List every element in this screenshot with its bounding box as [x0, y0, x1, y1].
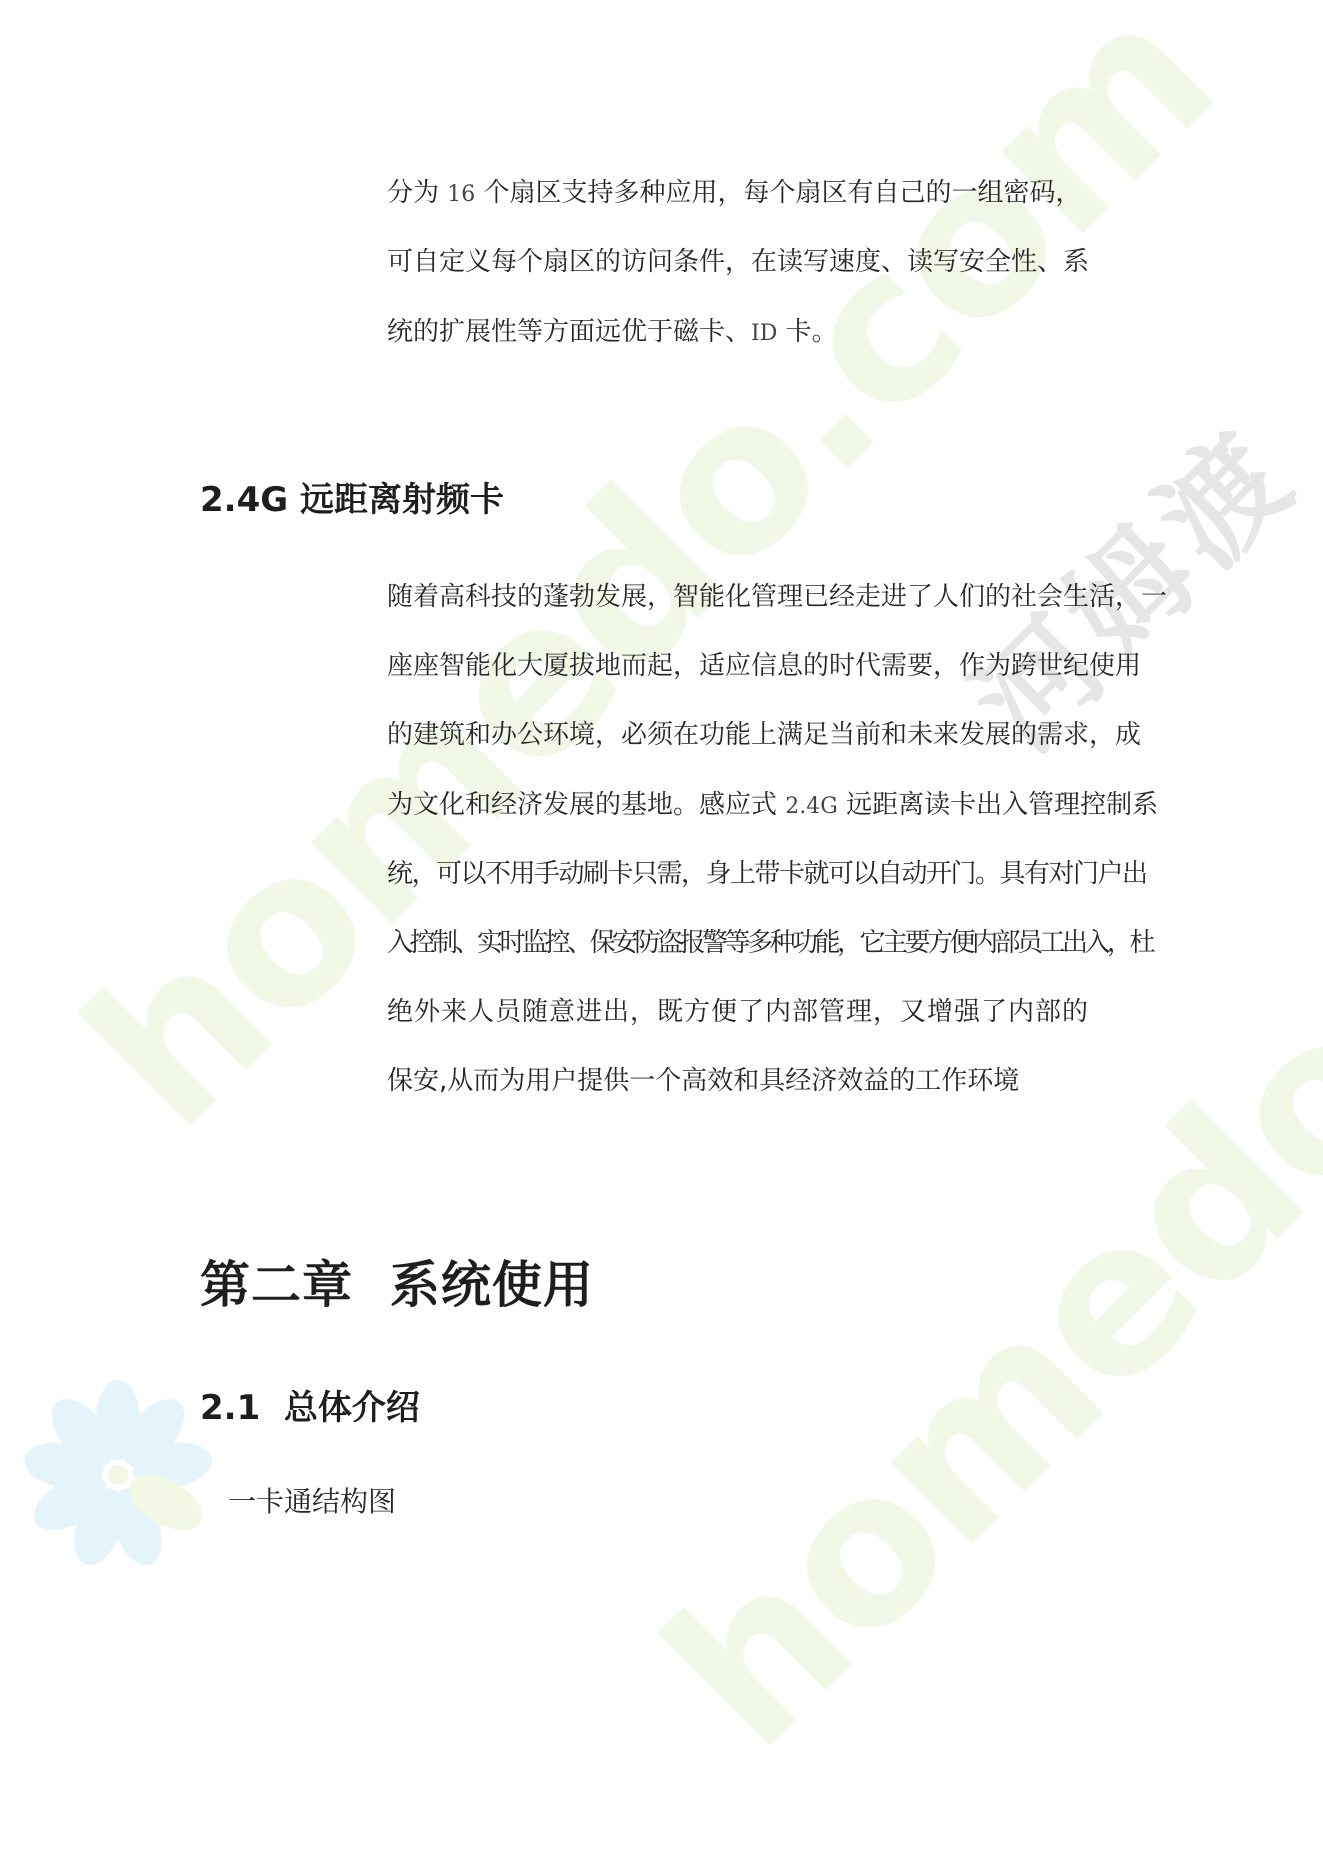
text-line: 随着高科技的蓬勃发展，智能化管理已经走进了人们的社会生活，一 — [387, 581, 1167, 613]
text: 随着高科技的蓬勃发展，智能化管理已经走进了人们的社会生活，一 — [387, 582, 1167, 612]
watermark-flower-icon — [18, 1375, 218, 1575]
text-line: 座座智能化大厦拔地而起，适应信息的时代需要，作为跨世纪使用 — [387, 650, 1141, 682]
number: ID — [751, 321, 777, 346]
text-line: 统的扩展性等方面远优于磁卡、ID 卡。 — [387, 316, 838, 350]
text-line: 分为 16 个扇区支持多种应用，每个扇区有自己的一组密码， — [387, 177, 1082, 211]
text-line: 统，可以不用手动刷卡只需，身上带卡就可以自动开门。具有对门户出 — [387, 858, 1147, 890]
text: 分为 — [387, 178, 447, 208]
text: 可自定义每个扇区的访问条件，在读写速度、读写安全性、系 — [387, 247, 1089, 277]
number: 16 — [447, 182, 475, 207]
section-heading-21: 2.1 总体介绍 — [200, 1380, 420, 1429]
text-line: 为文化和经济发展的基地。感应式 2.4G 远距离读卡出入管理控制系 — [387, 789, 1158, 823]
text: 远距离读卡出入管理控制系 — [838, 790, 1158, 820]
text-line: 入控制、实时监控、保安防盗报警等多种功能，它主要方便内部员工出入，杜 — [387, 927, 1152, 959]
text-line: 可自定义每个扇区的访问条件，在读写速度、读写安全性、系 — [387, 246, 1089, 278]
text-line: 绝外来人员随意进出，既方便了内部管理，又增强了内部的 — [387, 996, 1089, 1028]
number: 2.4G — [785, 794, 838, 819]
section-heading-24g: 2.4G 远距离射频卡 — [200, 472, 504, 521]
text: 统的扩展性等方面远优于磁卡、 — [387, 317, 751, 347]
text: 保安,从而为用户提供一个高效和具经济效益的工作环境 — [387, 1066, 1019, 1096]
text: 为文化和经济发展的基地。感应式 — [387, 790, 785, 820]
watermark-homedo: homedo.com — [620, 576, 1323, 1794]
text: 个扇区支持多种应用，每个扇区有自己的一组密码， — [475, 178, 1081, 208]
text: 入控制、实时监控、保安防盗报警等多种功能，它主要方便内部员工出入，杜 — [387, 928, 1152, 958]
subheading-structure-diagram: 一卡通结构图 — [228, 1480, 396, 1520]
chapter-title: 第二章 系统使用 — [200, 1245, 594, 1317]
text: 统，可以不用手动刷卡只需，身上带卡就可以自动开门。具有对门户出 — [387, 859, 1147, 889]
text-line: 保安,从而为用户提供一个高效和具经济效益的工作环境 — [387, 1065, 1019, 1097]
text: 卡。 — [777, 317, 837, 347]
text: 的建筑和办公环境，必须在功能上满足当前和未来发展的需求，成 — [387, 720, 1141, 750]
text-line: 的建筑和办公环境，必须在功能上满足当前和未来发展的需求，成 — [387, 719, 1141, 751]
text: 绝外来人员随意进出，既方便了内部管理，又增强了内部的 — [387, 997, 1089, 1027]
text: 座座智能化大厦拔地而起，适应信息的时代需要，作为跨世纪使用 — [387, 651, 1141, 681]
